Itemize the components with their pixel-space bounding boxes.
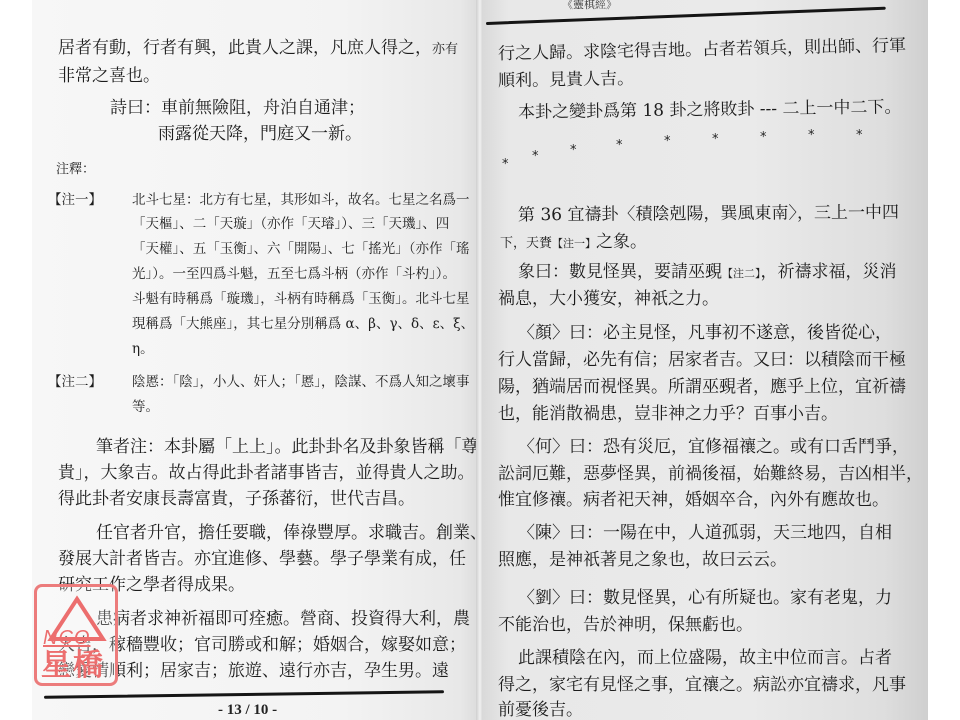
commentary-line: 〈劉〉曰：數見怪異，心有所疑也。家有老鬼，力 (518, 588, 892, 608)
body-line: 居者有動，行者有興，此貴人之課，凡庶人得之，亦有 (58, 38, 458, 60)
separator-star: * (856, 128, 863, 143)
paragraph-line: 人吉，稼穡豐收；官司勝或和解；婚姻合，嫁娶如意； (58, 635, 466, 655)
note-2-line: 等。 (132, 397, 159, 417)
watermark-latin: NCO (43, 627, 90, 650)
separator-star: * (760, 130, 767, 145)
xiang-text: 象曰：數見怪異，要請巫覡 (518, 262, 722, 282)
note-1-line: η。 (132, 339, 154, 359)
watermark-name: 星橋 (41, 649, 105, 683)
note-2-line: 陰慝：「陰」，小人、奸人；「慝」，陰謀、不爲人知之壞事 (132, 372, 470, 392)
commentary-line: 惟宜修禳。病者祀天神，婚姻卒合，內外有應故也。 (498, 490, 889, 510)
note-label-1: 【注一】 (48, 190, 102, 210)
xiang-line-2: 禍息，大小獲安，神祇之力。 (498, 289, 719, 309)
commentary-line: 此課積陰在內，而上位盛陽，故主中位而言。占者 (518, 648, 892, 668)
note-1-line: 「天樞」、二「天璇」（亦作「天璿」）、三「天璣」、四 (132, 214, 449, 234)
note-1-line: 光」）。一至四爲斗魁，五至七爲斗柄（亦作「斗杓」）。 (132, 264, 456, 284)
paragraph-line: 得此卦者安康長壽富貴，子孫蕃衍，世代吉昌。 (58, 489, 415, 509)
hexagram-text: 之象。 (596, 232, 647, 252)
running-header: 《靈棋經》 (562, 0, 617, 12)
right-page: 《靈棋經》 行之人歸。求陰宅得吉地。占者若領兵，則出師、行軍 順利。見貴人吉。 … (482, 0, 928, 720)
separator-star: * (808, 128, 815, 143)
hexagram-line-1: 第 36 宜禱卦〈積陰剋陽，巽風東南〉，三上一中四 (518, 203, 899, 226)
commentary-line: 前憂後吉。 (498, 700, 583, 720)
separator-star: * (532, 149, 539, 164)
separator-star: * (570, 143, 577, 158)
commentary-line: 得之，家宅有見怪之事，宜禳之。病訟亦宜禱求，凡事 (498, 675, 906, 695)
note-ref-1: 【注一】 (552, 237, 596, 250)
poem-line-2: 雨露從天降，門庭又一新。 (158, 124, 362, 144)
paragraph-line: 患病者求神祈福即可痊癒。營商、投資得大利，農 (96, 609, 470, 629)
footer-rule (44, 690, 444, 699)
commentary-line: 也，能消散禍患，豈非神之力乎？百事小吉。 (498, 404, 838, 424)
line-text: 居者有動，行者有興，此貴人之課，凡庶人得之， (58, 38, 432, 58)
commentary-line: 不能治也，告於神明，保無虧也。 (498, 615, 753, 635)
note-1-line: 「天權」、五「玉衡」、六「開陽」、七「搖光」（亦作「瑤 (132, 239, 470, 259)
paragraph-line: 任官者升官，擔任要職，俸祿豐厚。求職吉。創業、 (96, 523, 478, 543)
paragraph-line: 筆者注：本卦屬「上上」。此卦卦名及卦象皆稱「尊 (96, 437, 478, 457)
paragraph-line: 貴」，大象吉。故占得此卦者諸事皆吉，並得貴人之助。 (58, 463, 475, 483)
body-line: 行之人歸。求陰宅得吉地。占者若領兵，則出師、行軍 (498, 36, 906, 65)
poem-line-1: 詩曰：車前無險阻，舟泊自通津； (110, 98, 365, 118)
hexagram-text: 下，天賚 (500, 236, 552, 251)
hexagram-line-2: 下，天賚【注一】之象。 (500, 232, 647, 254)
note-label-2: 【注二】 (48, 372, 102, 392)
commentary-line: 〈陳〉曰：一陽在中，人道孤弱，天三地四，自相 (518, 523, 892, 543)
note-ref-2: 【注二】 (722, 267, 761, 280)
xiang-line-1: 象曰：數見怪異，要請巫覡【注二】，祈禱求福，災消 (518, 262, 897, 284)
page-number: - 13 / 10 - (218, 702, 277, 719)
commentary-line: 照應，是神祇著見之象也，故曰云云。 (498, 550, 787, 570)
paragraph-line: 發展大計者皆吉。亦宜進修、學藝。學子學業有成，任 (58, 549, 466, 569)
note-1-line: 斗魁有時稱爲「璇璣」，斗柄有時稱爲「玉衡」。北斗七星 (132, 289, 470, 309)
header-rule (486, 7, 886, 25)
separator-star: * (664, 134, 671, 149)
separator-star: * (616, 138, 623, 153)
commentary-line: 〈何〉曰：恐有災厄，宜修福禳之。或有口舌鬥爭， (518, 437, 909, 457)
separator-star: * (712, 132, 719, 147)
body-line: 順利。見貴人吉。 (498, 69, 634, 91)
note-1-line: 現稱爲「大熊座」，其七星分別稱爲 α、β、γ、δ、ε、ξ、 (132, 314, 474, 334)
notes-heading: 注釋： (56, 160, 95, 180)
change-hexagram-line: 本卦之變卦爲第 18 卦之將敗卦 --- 二上一中二下。 (518, 97, 902, 122)
note-1-line: 北斗七星：北方有七星，其形如斗，故名。七星之名爲一 (132, 190, 470, 210)
watermark-stamp: NCO 星橋 (34, 584, 118, 686)
commentary-line: 行人當歸，必先有信；居家者吉。又曰：以積陰而干極 (498, 350, 906, 370)
body-line: 非常之喜也。 (58, 66, 160, 86)
line-tail: 亦有 (432, 42, 458, 57)
commentary-line: 訟詞厄難，惡夢怪異，前禍後福，始難終易，吉凶相半， (498, 464, 923, 484)
commentary-line: 陽，猶端居而視怪異。所謂巫覡者，應乎上位，宜祈禱 (498, 377, 906, 397)
xiang-text: ，祈禱求福，災消 (761, 262, 897, 282)
commentary-line: 〈顏〉曰：必主見怪，凡事初不遂意，後皆從心， (518, 323, 892, 343)
separator-star: * (502, 157, 509, 172)
